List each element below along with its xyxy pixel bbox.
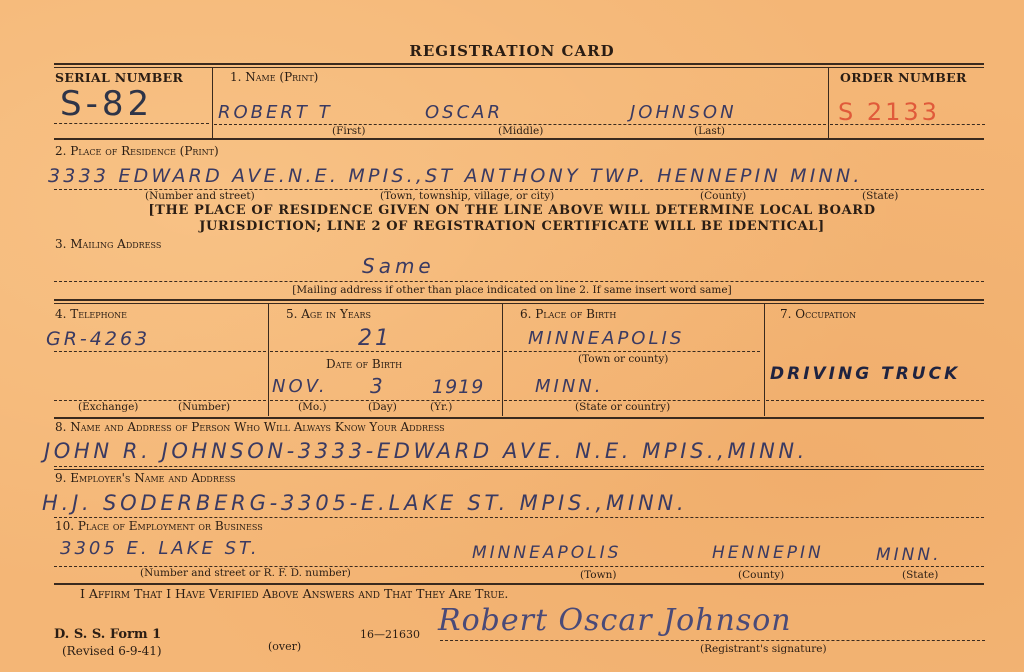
residence-label: 2. Place of Residence (Print)	[55, 144, 219, 158]
name-label: 1. Name (Print)	[230, 70, 318, 84]
mailing-caption: [Mailing address if other than place ind…	[0, 284, 1024, 296]
row-rule	[54, 138, 984, 140]
print-code: 16—21630	[360, 628, 420, 641]
birthplace-town-value: Minneapolis	[528, 328, 684, 349]
dob-year-value: 1919	[432, 376, 484, 398]
occupation-value: Driving Truck	[770, 364, 960, 384]
birthplace-label: 6. Place of Birth	[520, 307, 616, 321]
contact-line	[54, 466, 984, 467]
divider	[502, 304, 503, 416]
birthplace-state-value: Minn.	[535, 376, 604, 397]
signature-caption: (Registrant's signature)	[700, 643, 827, 655]
name-first-value: Robert T	[218, 102, 333, 123]
signature-line	[440, 640, 985, 641]
employer-line	[54, 517, 984, 518]
over-label: (over)	[268, 640, 301, 653]
contact-label: 8. Name and Address of Person Who Will A…	[55, 420, 445, 434]
employment-place-label: 10. Place of Employment or Business	[55, 519, 263, 533]
age-label: 5. Age in Years	[286, 307, 371, 321]
top-rule	[54, 63, 984, 65]
order-number-line	[830, 124, 985, 125]
residence-notice-line1: [THE PLACE OF RESIDENCE GIVEN ON THE LIN…	[0, 203, 1024, 219]
mailing-value: Same	[362, 254, 435, 278]
occupation-line	[766, 400, 984, 401]
employment-caption-town: (Town)	[580, 569, 616, 581]
divider	[268, 304, 269, 416]
dob-caption-year: (Yr.)	[430, 401, 452, 413]
employment-county-value: Hennepin	[712, 543, 824, 563]
birthplace-state-caption: (State or country)	[575, 401, 670, 413]
registrant-signature: Robert Oscar Johnson	[438, 603, 792, 638]
dob-month-value: Nov.	[272, 376, 328, 397]
birthplace-town-caption: (Town or county)	[578, 353, 668, 365]
serial-number-line	[54, 123, 209, 124]
telephone-caption-exchange: (Exchange)	[78, 401, 138, 413]
name-first-caption: (First)	[332, 125, 365, 137]
employment-state-value: Minn.	[876, 545, 942, 565]
row-rule	[54, 417, 984, 419]
dob-caption-day: (Day)	[368, 401, 397, 413]
mailing-line	[54, 281, 984, 282]
row-rule-inner	[54, 303, 984, 304]
divider	[212, 68, 213, 138]
serial-number-label: SERIAL NUMBER	[55, 70, 183, 85]
employment-caption-street: (Number and street or R. F. D. number)	[140, 567, 351, 579]
residence-caption-county: (County)	[700, 190, 746, 202]
residence-caption-town: (Town, township, village, or city)	[380, 190, 554, 202]
age-value: 21	[358, 326, 392, 351]
order-number-label: ORDER NUMBER	[840, 70, 967, 85]
dob-day-value: 3	[370, 374, 386, 398]
employer-value: H.J. Soderberg-3305-E.Lake ST. MPIS.,Min…	[42, 491, 687, 515]
residence-notice-line2: JURISDICTION; LINE 2 OF REGISTRATION CER…	[0, 219, 1024, 235]
name-middle-caption: (Middle)	[498, 125, 543, 137]
contact-value: John R. Johnson-3333-Edward Ave. N.E. MP…	[44, 439, 808, 463]
employment-town-value: Minneapolis	[472, 543, 621, 563]
top-rule-inner	[54, 67, 984, 68]
telephone-line	[54, 351, 266, 352]
row-rule	[54, 299, 984, 301]
dob-label: Date of Birth	[326, 357, 402, 371]
telephone-caption-number: (Number)	[178, 401, 230, 413]
employment-caption-state: (State)	[902, 569, 938, 581]
age-line	[270, 351, 500, 352]
serial-number-value: S-82	[60, 84, 153, 124]
employer-label: 9. Employer's Name and Address	[55, 471, 236, 485]
residence-caption-street: (Number and street)	[145, 190, 255, 202]
birthplace-town-line	[504, 351, 760, 352]
employment-caption-county: (County)	[738, 569, 784, 581]
employment-street-value: 3305 E. Lake ST.	[60, 538, 260, 559]
name-last-value: Johnson	[630, 102, 737, 123]
row-rule	[54, 583, 984, 585]
telephone-label: 4. Telephone	[55, 307, 127, 321]
occupation-label: 7. Occupation	[780, 307, 856, 321]
form-name: D. S. S. Form 1	[54, 627, 161, 642]
card-title: REGISTRATION CARD	[0, 42, 1024, 60]
name-last-caption: (Last)	[694, 125, 725, 137]
registration-card: REGISTRATION CARD SERIAL NUMBER S-82 1. …	[0, 0, 1024, 672]
name-middle-value: oscar	[425, 102, 503, 123]
affirmation-text: I Affirm That I Have Verified Above Answ…	[80, 586, 508, 601]
dob-caption-month: (Mo.)	[298, 401, 326, 413]
mailing-label: 3. Mailing Address	[55, 237, 161, 251]
row-rule	[54, 469, 984, 470]
divider	[828, 68, 829, 138]
order-number-value: S 2133	[838, 98, 940, 126]
residence-value: 3333 Edward Ave.N.E. MPIS.,ST Anthony Tw…	[48, 165, 863, 187]
form-revised: (Revised 6-9-41)	[62, 644, 162, 658]
residence-caption-state: (State)	[862, 190, 898, 202]
telephone-value: Gr-4263	[46, 328, 150, 350]
divider	[764, 304, 765, 416]
